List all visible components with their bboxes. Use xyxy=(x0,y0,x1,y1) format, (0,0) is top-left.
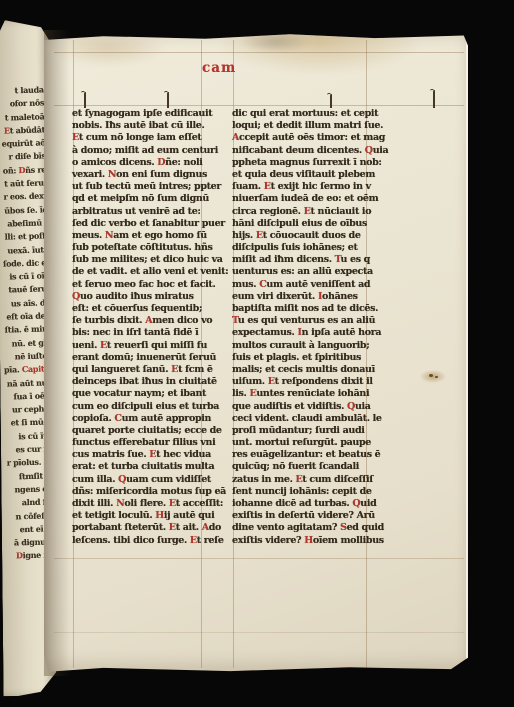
text-line: leſcens. tibi dico ſurge. Et reſe xyxy=(72,535,214,547)
text-line: deinceps ibat iħus in ciuitatē xyxy=(72,376,214,388)
text-line: circa regionē. Et nūciauit io xyxy=(232,206,374,218)
text-line: cum eo diſcipuli eius et turba xyxy=(72,401,214,413)
text-line: ueni. Et reuerſi qui miſſi fu xyxy=(72,340,214,352)
text-line: ſuam. Et exijt hic ſermo in v xyxy=(232,181,374,193)
text-line: qui langueret ſanū. Et fcm ē xyxy=(72,364,214,376)
text-line: ſuis et plagis. et ſpiritibus xyxy=(232,352,374,364)
text-line: quicūq; nō fuerit ſcandali xyxy=(232,461,374,473)
ruling-line-horizontal xyxy=(54,558,464,559)
margin-fragment: ſtia. ē mira xyxy=(3,323,51,338)
text-line: exiſtis in deſertū videre? Arū xyxy=(232,510,374,522)
margin-fragment: ofor nōs xyxy=(0,97,44,112)
text-line: portabant ſteterūt. Et ait. Ado xyxy=(72,522,214,534)
text-line: nificabant deum dicentes. Quia xyxy=(232,145,374,157)
parchment-stain-top xyxy=(214,27,424,75)
ruling-line-horizontal xyxy=(54,52,464,53)
text-line: exiſtis videre? Hoīem mollibus xyxy=(232,535,374,547)
text-line: dic qui erat mortuus: et cepit xyxy=(232,108,374,120)
parchment-stain-topleft xyxy=(48,29,168,67)
text-line: iohanne dicē ad turbas. Quid xyxy=(232,498,374,510)
text-line: zatus in me. Et cum diſceſſiſ xyxy=(232,474,374,486)
text-line: nobis. Iħs autē ibat cū ille. xyxy=(72,120,214,132)
text-line: qd et meipſm nō ſum dignū xyxy=(72,193,214,205)
text-line: vexari. Non eni ſum dignus xyxy=(72,169,214,181)
text-line: et quia deus viſitauit plebem xyxy=(232,169,374,181)
parchment-smudge xyxy=(240,31,310,53)
text-line: unt. mortui reſurgūt. paupe xyxy=(232,437,374,449)
text-line: bis: nec in iſrl tantā fidē ī xyxy=(72,327,214,339)
text-line: arbitratus ut venirē ad te: xyxy=(72,206,214,218)
text-line: ſe turbis dixit. Amen dico vo xyxy=(72,315,214,327)
text-line: o amicos dicens. Dñe: noli xyxy=(72,157,214,169)
text-line: Quo audito iħus miratus xyxy=(72,291,214,303)
margin-fragment: r eos. dext xyxy=(0,190,47,205)
text-line: dñs: miſericordia motus ſup eā xyxy=(72,486,214,498)
text-line: erat: et turba ciuitatis multa xyxy=(72,461,214,473)
ruling-line-horizontal xyxy=(54,632,464,633)
text-line: eſt: et cōuerſus ſequentib; xyxy=(72,303,214,315)
text-line: dixit illi. Noli flere. Et acceſſit: xyxy=(72,498,214,510)
text-line: meus. Nam et ego homo ſū xyxy=(72,230,214,242)
text-line: uenturus es: an aliū expecta xyxy=(232,266,374,278)
text-line: cus matris ſue. Et hec vidua xyxy=(72,449,214,461)
text-line: que audiſtis et vidiſtis. Quia xyxy=(232,401,374,413)
text-line: quaret porte ciuitatis; ecce de xyxy=(72,425,214,437)
text-line: ſub poteſtate cōſtitutus. hñs xyxy=(72,242,214,254)
text-line: erant domū; inuenerūt ſeruū xyxy=(72,352,214,364)
text-line: baptiſta miſit nos ad te dicēs. xyxy=(232,303,374,315)
text-line: ſent nuncij iohānis: cepit de xyxy=(232,486,374,498)
ascender-stroke xyxy=(167,92,169,108)
text-line: Tu es qui venturus es an aliū xyxy=(232,315,374,327)
text-line: et ſynagogam ipſe edificauit xyxy=(72,108,214,120)
margin-fragment: tauē ſerui xyxy=(1,283,49,298)
text-line: functus efferebatur filius vni xyxy=(72,437,214,449)
margin-fragment: uexā. īute xyxy=(0,243,48,258)
ruling-line-horizontal xyxy=(54,105,464,106)
text-line: hāni diſcipuli eius de oībus xyxy=(232,218,374,230)
text-line: Accepit autē oēs timor: et mag xyxy=(232,132,374,144)
text-line: lis. Euntes renūciate iohāni xyxy=(232,388,374,400)
text-line: et ſeruo meo fac hoc et facit. xyxy=(72,279,214,291)
running-title: cam xyxy=(202,60,236,76)
text-line: malis; et cecis multis donauī xyxy=(232,364,374,376)
text-line: dine vento agitatam? Sed quid xyxy=(232,522,374,534)
text-line: à domo; miſit ad eum centuri xyxy=(72,145,214,157)
margin-fragment: t maletoā xyxy=(0,110,45,125)
text-line: multos curauit à languorib; xyxy=(232,340,374,352)
text-line: mus. Cum autē veniſſent ad xyxy=(232,279,374,291)
text-column-left: et ſynagogam ipſe edificauitnobis. Iħs a… xyxy=(72,108,214,547)
text-line: ut ſub tectū meū intres; ppter xyxy=(72,181,214,193)
text-line: hijs. Et cōuocauit duos de xyxy=(232,230,374,242)
parchment-spot-stain xyxy=(420,370,446,383)
text-line: niuerſam iudeā de eo: et oēm xyxy=(232,193,374,205)
ascender-stroke xyxy=(84,92,86,108)
margin-fragment: r diſe bīs xyxy=(0,150,46,165)
text-line: miſit ad iħm dicens. Tu es q xyxy=(232,254,374,266)
text-column-right: dic qui erat mortuus: et cepitloqui; et … xyxy=(232,108,374,547)
text-line: expectamus. In ipſa autē hora xyxy=(232,327,374,339)
text-line: ceci vident. claudi ambulāt. le xyxy=(232,413,374,425)
text-line: de et vadit. et alio veni et venit: xyxy=(72,266,214,278)
margin-fragment: lli: et poſſi xyxy=(0,230,48,245)
text-line: diſcipulis ſuis iohānes; et xyxy=(232,242,374,254)
manuscript-photo: t laudaofor nōst maletoāEt abūdātequirūt… xyxy=(0,0,514,707)
manuscript-page: cam et ſynagogam ipſe edificauitnobis. I… xyxy=(44,33,468,673)
text-line: ſub me milites; et dico huic va xyxy=(72,254,214,266)
text-line: ſed dic verbo et ſanabitur puer xyxy=(72,218,214,230)
text-line: que vocatur naym; et ibant xyxy=(72,388,214,400)
text-line: cum illa. Quam cum vidiſſet xyxy=(72,474,214,486)
text-line: copioſa. Cum autē appropin xyxy=(72,413,214,425)
ascender-stroke xyxy=(330,94,332,108)
text-line: uiſum. Et reſpondens dixit il xyxy=(232,376,374,388)
text-line: et tetigit loculū. Hij autē qui xyxy=(72,510,214,522)
text-line: res euāgelizantur: et beatus ē xyxy=(232,449,374,461)
text-line: eum viri dixerūt. Iohānes xyxy=(232,291,374,303)
text-line: Et cum nō longe iam eſſet xyxy=(72,132,214,144)
ascender-stroke xyxy=(433,90,435,108)
text-line: loqui; et dedit illum matri ſue. xyxy=(232,120,374,132)
text-line: ppheta magnus ſurrexit ī nob: xyxy=(232,157,374,169)
text-line: proſi mūdantur; ſurdi audi xyxy=(232,425,374,437)
